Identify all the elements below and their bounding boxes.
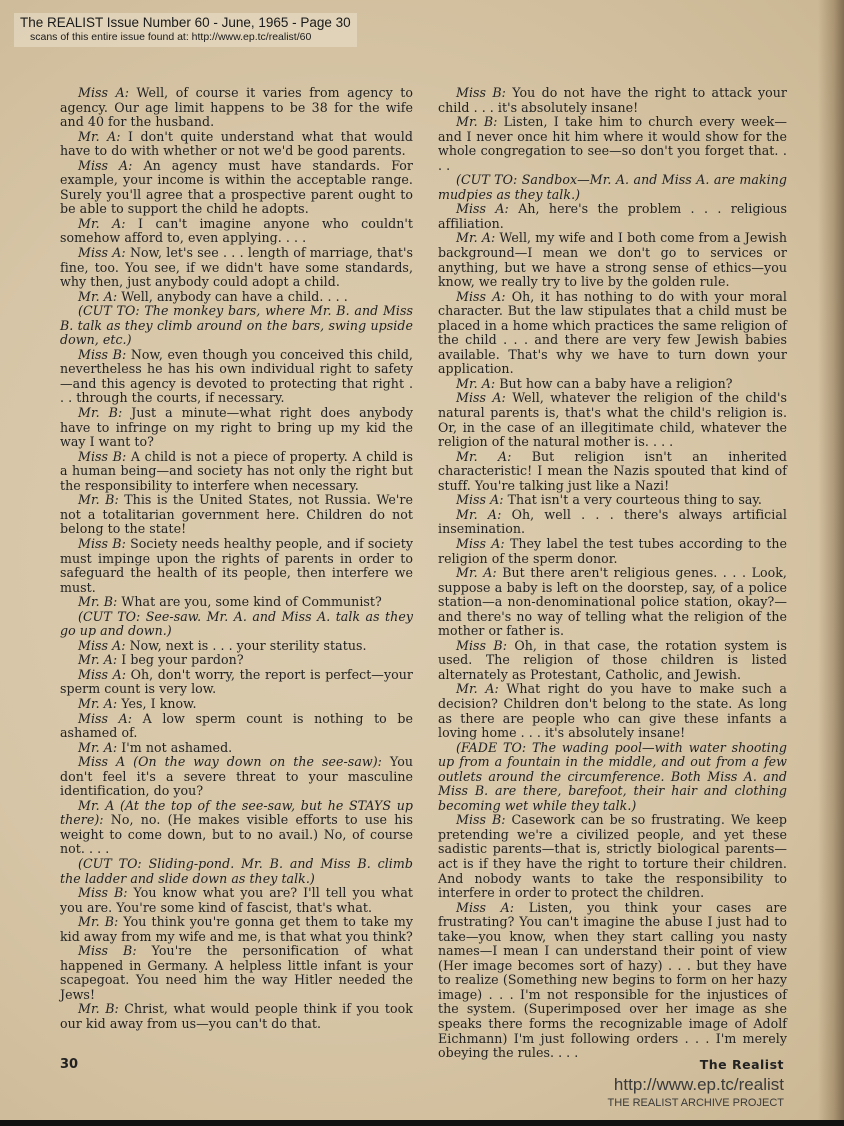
dialogue-line: Mr. A: What right do you have to make su…	[438, 682, 787, 740]
dialogue-line: Mr. A: I beg your pardon?	[60, 653, 413, 668]
stage-direction: (CUT TO: Sandbox—Mr. A. and Miss A. are …	[438, 173, 787, 202]
dialogue-text: But how can a baby have a religion?	[495, 376, 732, 391]
dialogue-line: Mr. A: I'm not ashamed.	[60, 741, 413, 756]
dialogue-line: Miss A: That isn't a very courteous thin…	[438, 493, 787, 508]
dialogue-line: Mr. A: I can't imagine anyone who couldn…	[60, 217, 413, 246]
scan-bottom-border	[0, 1120, 844, 1126]
speaker-name: Miss B:	[456, 85, 506, 100]
stage-direction: (CUT TO: The monkey bars, where Mr. B. a…	[60, 304, 413, 348]
speaker-name: Mr. A:	[78, 652, 117, 667]
dialogue-text: What are you, some kind of Communist?	[117, 594, 381, 609]
dialogue-line: Mr. A: Yes, I know.	[60, 697, 413, 712]
dialogue-line: Miss A: Now, let's see . . . length of m…	[60, 246, 413, 290]
dialogue-line: Mr. B: Just a minute—what right does any…	[60, 406, 413, 450]
speaker-name: Miss B:	[78, 449, 126, 464]
page-number: 30	[60, 1057, 78, 1072]
dialogue-line: Miss A: Now, next is . . . your sterilit…	[60, 639, 413, 654]
dialogue-line: Miss B: Oh, in that case, the rotation s…	[438, 639, 787, 683]
speaker-name: Mr. B:	[78, 914, 118, 929]
dialogue-line: Miss B: You're the personification of wh…	[60, 944, 413, 1002]
speaker-name: Mr. A:	[456, 376, 495, 391]
speaker-name: Miss A:	[456, 289, 506, 304]
dialogue-text: Now, next is . . . your sterility status…	[126, 638, 367, 653]
dialogue-line: Mr. A: But how can a baby have a religio…	[438, 377, 787, 392]
dialogue-line: Miss A: A low sperm count is nothing to …	[60, 712, 413, 741]
dialogue-line: Miss A: An agency must have standards. F…	[60, 159, 413, 217]
dialogue-line: Miss A (On the way down on the see-saw):…	[60, 755, 413, 799]
speaker-name: Mr. B:	[78, 405, 122, 420]
dialogue-line: Miss A: Oh, don't worry, the report is p…	[60, 668, 413, 697]
archive-project: THE REALIST ARCHIVE PROJECT	[608, 1097, 784, 1109]
dialogue-line: Miss A: Ah, here's the problem . . . rel…	[438, 202, 787, 231]
dialogue-line: Mr. B: You think you're gonna get them t…	[60, 915, 413, 944]
right-column: Miss B: You do not have the right to att…	[438, 86, 787, 1061]
speaker-name: Miss A:	[456, 201, 509, 216]
dialogue-line: Miss B: A child is not a piece of proper…	[60, 450, 413, 494]
dialogue-line: Mr. B: Listen, I take him to church ever…	[438, 115, 787, 173]
dialogue-line: Miss A: They label the test tubes accord…	[438, 537, 787, 566]
dialogue-line: Miss B: Society needs healthy people, an…	[60, 537, 413, 595]
direction-text: (CUT TO: See-saw. Mr. A. and Miss A. tal…	[60, 609, 413, 639]
dialogue-text: No, no. (He makes visible efforts to use…	[60, 812, 413, 856]
dialogue-line: Miss A: Oh, it has nothing to do with yo…	[438, 290, 787, 377]
dialogue-line: Miss A: Well, of course it varies from a…	[60, 86, 413, 130]
direction-text: (CUT TO: Sliding-pond. Mr. B. and Miss B…	[60, 856, 413, 886]
speaker-name: Mr. A:	[456, 507, 501, 522]
archive-url: http://www.ep.tc/realist	[614, 1075, 784, 1095]
speaker-name: Miss A:	[78, 158, 132, 173]
dialogue-line: Miss B: Casework can be so frustrating. …	[438, 813, 787, 900]
dialogue-line: Miss A: Listen, you think your cases are…	[438, 901, 787, 1061]
speaker-name: Mr. B:	[456, 114, 497, 129]
dialogue-line: Mr. A: But religion isn't an inherited c…	[438, 450, 787, 494]
speaker-name: Mr. A:	[456, 449, 511, 464]
speaker-name: Mr. A:	[78, 289, 117, 304]
speaker-name: Mr. B:	[78, 594, 117, 609]
dialogue-text: I'm not ashamed.	[117, 740, 232, 755]
direction-text: (FADE TO: The wading pool—with water sho…	[438, 740, 787, 813]
speaker-name: Miss A:	[456, 492, 504, 507]
dialogue-line: Mr. A: Oh, well . . . there's always art…	[438, 508, 787, 537]
speaker-name: Miss A:	[456, 390, 506, 405]
speaker-name: Mr. A:	[456, 230, 495, 245]
stage-direction: (CUT TO: See-saw. Mr. A. and Miss A. tal…	[60, 610, 413, 639]
speaker-name: Miss A:	[78, 85, 129, 100]
speaker-name: Miss A:	[78, 711, 132, 726]
dialogue-line: Miss A: Well, whatever the religion of t…	[438, 391, 787, 449]
speaker-name: Mr. A:	[78, 696, 117, 711]
speaker-name: Mr. A:	[456, 565, 497, 580]
left-column: Miss A: Well, of course it varies from a…	[60, 86, 413, 1032]
speaker-name: Mr. B:	[78, 492, 119, 507]
speaker-name: Mr. B:	[78, 1001, 119, 1016]
dialogue-line: Mr. A: Well, anybody can have a child. .…	[60, 290, 413, 305]
dialogue-line: Mr. B: What are you, some kind of Commun…	[60, 595, 413, 610]
dialogue-text: That isn't a very courteous thing to say…	[504, 492, 762, 507]
dialogue-line: Mr. A: I don't quite understand what tha…	[60, 130, 413, 159]
speaker-name: Miss A:	[78, 638, 126, 653]
page-edge-shadow	[818, 0, 844, 1120]
dialogue-line: Mr. A (At the top of the see-saw, but he…	[60, 799, 413, 857]
speaker-name: Mr. A:	[456, 681, 499, 696]
dialogue-line: Mr. A: But there aren't religious genes.…	[438, 566, 787, 639]
archive-title: The REALIST Issue Number 60 - June, 1965…	[20, 15, 351, 31]
direction-text: (CUT TO: The monkey bars, where Mr. B. a…	[60, 303, 413, 347]
stage-direction: (FADE TO: The wading pool—with water sho…	[438, 741, 787, 814]
speaker-name: Miss B:	[78, 885, 128, 900]
speaker-name: Miss B:	[78, 347, 126, 362]
magazine-name: The Realist	[700, 1057, 784, 1072]
dialogue-text: Yes, I know.	[117, 696, 196, 711]
archive-subtitle: scans of this entire issue found at: htt…	[20, 31, 351, 44]
magazine-page: The REALIST Issue Number 60 - June, 1965…	[0, 0, 844, 1120]
speaker-name: Mr. A:	[78, 129, 121, 144]
speaker-name: Miss B:	[78, 536, 126, 551]
dialogue-text: I beg your pardon?	[117, 652, 243, 667]
speaker-name: Miss A:	[78, 667, 126, 682]
direction-text: (CUT TO: Sandbox—Mr. A. and Miss A. are …	[438, 172, 787, 202]
speaker-name: Mr. A:	[78, 216, 126, 231]
speaker-name: Mr. A:	[78, 740, 117, 755]
speaker-name: Miss A:	[78, 245, 126, 260]
dialogue-line: Miss B: Now, even though you conceived t…	[60, 348, 413, 406]
speaker-name: Miss A (On the way down on the see-saw):	[78, 754, 382, 769]
speaker-name: Miss A:	[456, 900, 514, 915]
dialogue-line: Mr. B: Christ, what would people think i…	[60, 1002, 413, 1031]
dialogue-line: Mr. A: Well, my wife and I both come fro…	[438, 231, 787, 289]
dialogue-line: Miss B: You do not have the right to att…	[438, 86, 787, 115]
dialogue-text: Well, anybody can have a child. . . .	[117, 289, 348, 304]
dialogue-line: Mr. B: This is the United States, not Ru…	[60, 493, 413, 537]
dialogue-text: Listen, you think your cases are frustra…	[438, 900, 787, 1060]
speaker-name: Miss A:	[456, 536, 505, 551]
speaker-name: Miss B:	[456, 638, 507, 653]
dialogue-line: Miss B: You know what you are? I'll tell…	[60, 886, 413, 915]
stage-direction: (CUT TO: Sliding-pond. Mr. B. and Miss B…	[60, 857, 413, 886]
speaker-name: Miss B:	[456, 812, 506, 827]
archive-header: The REALIST Issue Number 60 - June, 1965…	[14, 13, 357, 47]
speaker-name: Miss B:	[78, 943, 137, 958]
